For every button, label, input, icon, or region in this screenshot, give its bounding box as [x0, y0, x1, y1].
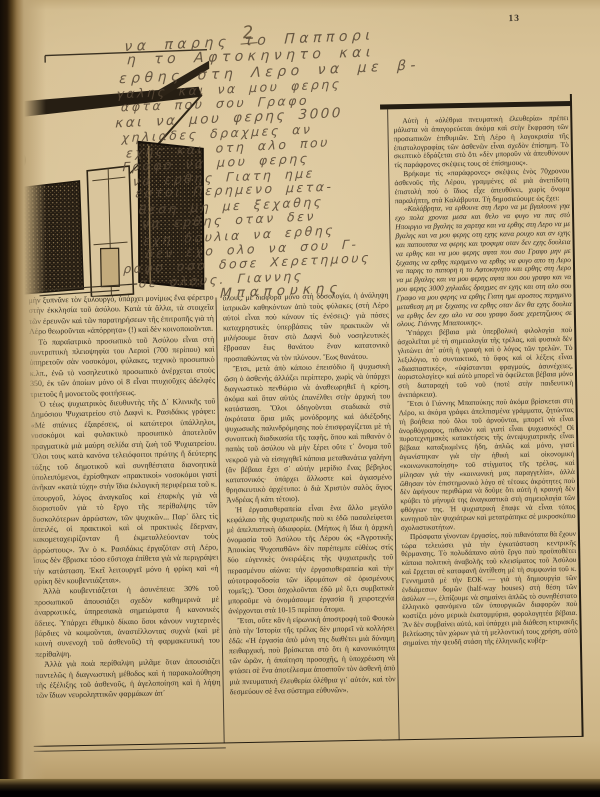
paragraph: ὅλους, μὲ διαφορὰ μόνο στὴ δοσολογία, ἡ … [222, 290, 389, 364]
book-spine-shadow [0, 0, 46, 785]
paragraph: Τὸ παραϊατρικὸ προσωπικὸ τοῦ Ἀσύλου εἶνα… [29, 334, 215, 400]
paragraph: Βρήκαμε τίς «παράφρονες» σκέψεις ἑνὸς 70… [394, 167, 570, 206]
page-number: 13 [508, 14, 538, 25]
right-text-column: Αὐτὴ ἡ «ὀλέθρια πνευματικὴ ἐλευθερία» πρ… [393, 114, 579, 741]
paragraph: Ἡ ἐργασιοθεραπεία εἶναι ἕνα ἄλλο μεγάλο … [226, 502, 394, 616]
paragraph: Ἀλλὰ γιὰ ποιὰ περίθαλψη μιλᾶμε ὅταν ἀπου… [35, 657, 221, 702]
paragraph: Ὁ τέως ψυχιατρικὸς διευθυντὴς τῆς Δ΄ Κλι… [30, 397, 218, 588]
paragraph: Ἔτσι, μετὰ ἀπὸ κάποιο ἐπεισόδιο ἢ ψυχωσι… [224, 361, 393, 505]
paragraph: Ἀλλὰ κουβεντιάζεται ἡ ἀσυνέπεια: 30% τοῦ… [34, 584, 220, 660]
paragraph: Αὐτὴ ἡ «ὀλέθρια πνευματικὴ ἐλευθερία» πρ… [393, 114, 569, 170]
printed-page-area: 13 2 [0, 0, 600, 790]
paragraph: Ἔτσι, οὔτε κἂν ἡ εἰρωνικὴ ἀποστροφὴ τοῦ … [228, 613, 395, 697]
left-text-column: μὴν ξυπνᾶνε τὸν ξυλουργό, ὑπάρχει μονίμω… [28, 293, 221, 748]
paragraph: Ὑπάρχει βέβαια μιὰ ὑπερβολικὴ φιλολογία … [397, 326, 573, 400]
paragraph: Ἔτσι ὁ Γιάννης Μπαπούκης ποὺ ἀκόμα βρίσκ… [398, 397, 575, 533]
paragraph: «Καλάβρητα, να ερθουνε στη Λερο να με βγ… [395, 202, 572, 329]
paragraph: μὴν ξυπνᾶνε τὸν ξυλουργό, ὑπάρχει μονίμω… [28, 293, 214, 338]
paragraph: Πρόσφατα γίνονταν ἐργασίες, ποὺ πιθανότα… [401, 530, 578, 648]
page-frame-bottom-double [34, 747, 226, 752]
scanned-magazine-page: 13 2 [0, 0, 600, 785]
middle-text-column: ὅλους, μὲ διαφορὰ μόνο στὴ δοσολογία, ἡ … [222, 290, 397, 773]
scan-bottom-edge [0, 779, 600, 797]
